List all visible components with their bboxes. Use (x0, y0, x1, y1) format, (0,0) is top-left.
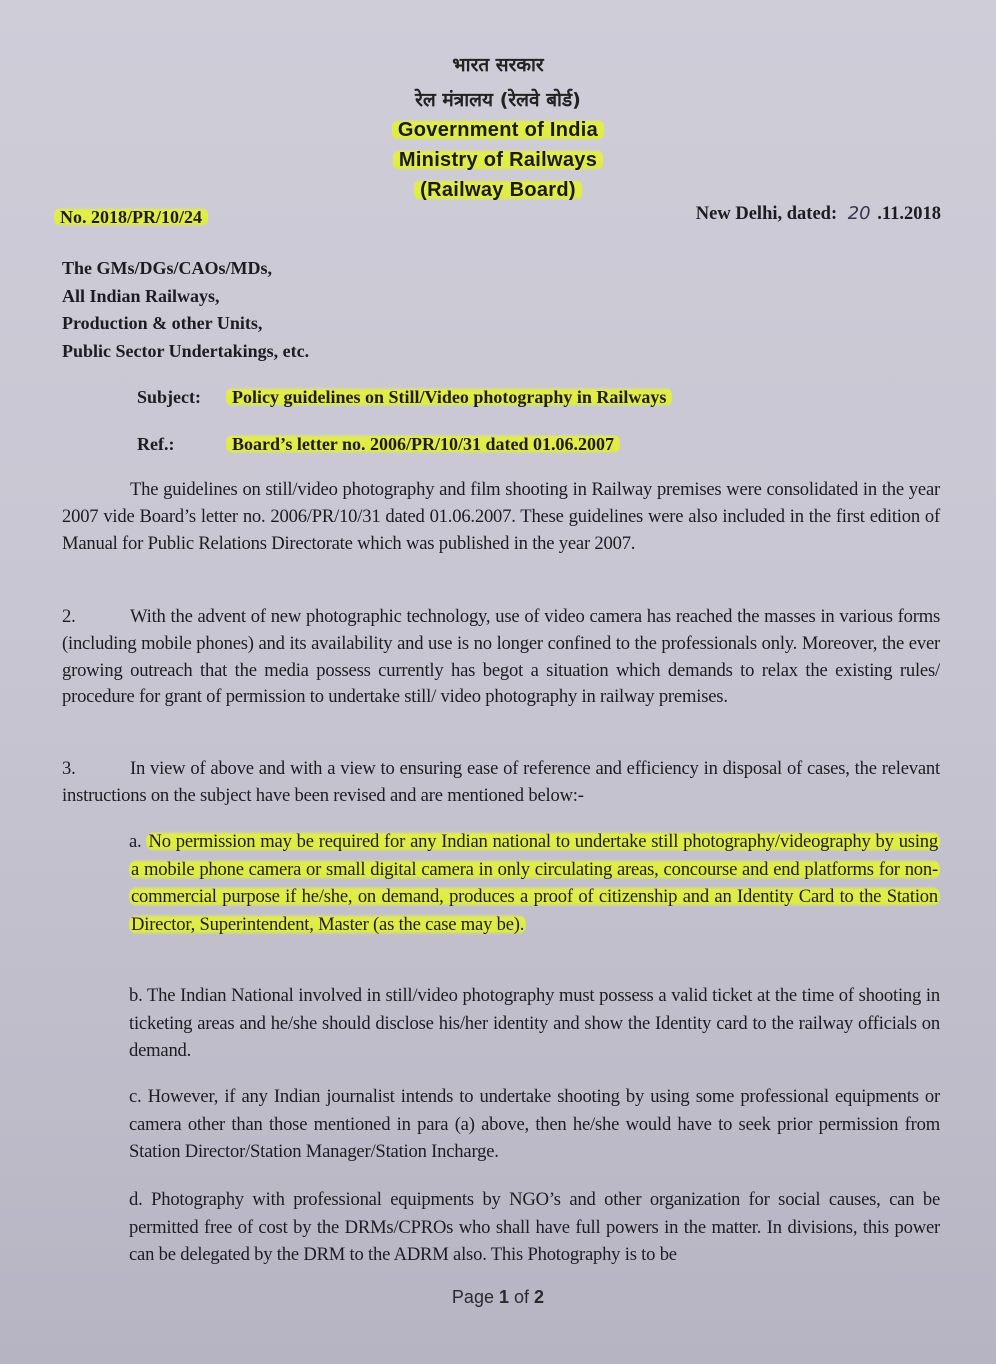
paragraph-2-text: With the advent of new photographic tech… (62, 606, 940, 707)
ref-value-text: Board’s letter no. 2006/PR/10/31 dated 0… (226, 434, 620, 454)
paragraph-1-text: The guidelines on still/video photograph… (62, 479, 940, 554)
paragraph-1: The guidelines on still/video photograph… (62, 477, 940, 557)
subject-label: Subject: (137, 387, 201, 408)
page-number-footer: Page 1 of 2 (0, 1287, 996, 1308)
subject-value: Policy guidelines on Still/Video photogr… (226, 387, 672, 408)
letterhead-ministry-text: Ministry of Railways (393, 149, 603, 171)
footer-current-page: 1 (499, 1287, 509, 1307)
addressee-line: Public Sector Undertakings, etc. (62, 338, 309, 366)
letter-page: भारत सरकार रेल मंत्रालय (रेलवे बोर्ड) Go… (0, 0, 996, 1364)
letterhead-hindi-government: भारत सरकार (0, 51, 996, 77)
addressee-line: All Indian Railways, (62, 283, 309, 311)
paragraph-3-number: 3. (62, 756, 130, 783)
footer-of-word: of (514, 1287, 529, 1307)
paragraph-3-text: In view of above and with a view to ensu… (62, 758, 940, 806)
letterhead-hindi-ministry: रेल मंत्रालय (रेलवे बोर्ड) (0, 86, 996, 112)
footer-total-pages: 2 (534, 1287, 544, 1307)
addressee-line: The GMs/DGs/CAOs/MDs, (62, 255, 309, 283)
sub-item-c-label: c. (129, 1086, 142, 1107)
letterhead-board-text: (Railway Board) (414, 179, 582, 201)
ref-value: Board’s letter no. 2006/PR/10/31 dated 0… (226, 434, 620, 455)
letterhead-board: (Railway Board) (0, 179, 996, 202)
addressee-block: The GMs/DGs/CAOs/MDs, All Indian Railway… (62, 255, 309, 366)
date-rest: .11.2018 (877, 204, 941, 224)
sub-item-d: d. Photography with professional equipme… (129, 1186, 940, 1269)
sub-item-c-text: However, if any Indian journalist intend… (129, 1086, 940, 1162)
sub-item-a-label: a. (129, 831, 142, 852)
addressee-line: Production & other Units, (62, 310, 309, 338)
reference-number: No. 2018/PR/10/24 (54, 207, 208, 228)
paragraph-2: 2.With the advent of new photographic te… (62, 604, 940, 711)
letterhead-government: Government of India (0, 119, 996, 142)
sub-item-d-label: d. (129, 1189, 143, 1210)
paragraph-3: 3.In view of above and with a view to en… (62, 756, 940, 810)
sub-item-b-text: The Indian National involved in still/vi… (129, 985, 940, 1061)
sub-item-b: b. The Indian National involved in still… (129, 982, 940, 1065)
subject-value-text: Policy guidelines on Still/Video photogr… (226, 387, 672, 407)
sub-item-b-label: b. (129, 985, 143, 1006)
letterhead-government-text: Government of India (392, 119, 604, 141)
sub-item-a: a. No permission may be required for any… (129, 828, 940, 938)
date-prefix: New Delhi, dated: (696, 204, 837, 224)
sub-item-a-text: No permission may be required for any In… (129, 831, 940, 935)
date-day-handwritten: 20 (848, 203, 871, 224)
paragraph-2-number: 2. (62, 604, 130, 631)
reference-number-text: No. 2018/PR/10/24 (54, 207, 208, 227)
ref-label: Ref.: (137, 434, 174, 455)
letter-date: New Delhi, dated: 20 .11.2018 (696, 203, 941, 225)
letterhead-ministry: Ministry of Railways (0, 149, 996, 172)
sub-item-d-text: Photography with professional equipments… (129, 1189, 940, 1265)
sub-item-c: c. However, if any Indian journalist int… (129, 1083, 940, 1166)
footer-page-word: Page (452, 1287, 494, 1307)
